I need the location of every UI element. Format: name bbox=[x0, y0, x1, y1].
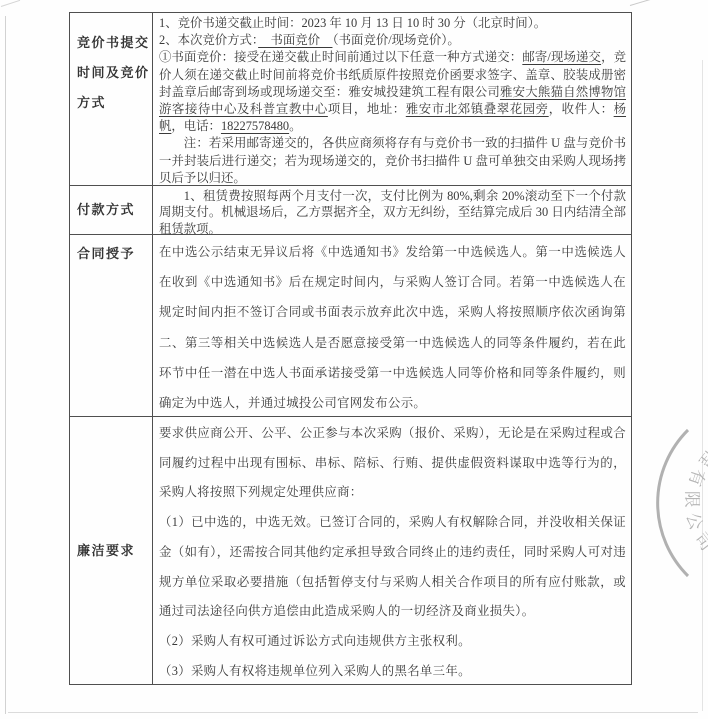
table-row: 付款方式1、租赁费按照每两个月支付一次，支付比例为 80%,剩余 20%滚动至下… bbox=[70, 185, 631, 234]
table-row: 合同授予在中选公示结束无异议后将《中选通知书》发给第一中选候选人。第一中选候选人… bbox=[70, 234, 631, 416]
text-segment: 项目，地址： bbox=[328, 102, 406, 116]
underlined-text: 18227578480 bbox=[221, 119, 289, 133]
underlined-text: 雅安市北郊镇叠翠花园旁 bbox=[406, 102, 549, 116]
scan-scratch-artifact bbox=[630, 0, 675, 6]
text-segment: 在中选公示结束无异议后将《中选通知书》发给第一中选候选人。第一中选候选人在收到《… bbox=[159, 245, 626, 410]
text-segment: ①书面竞价：接受在递交截止时间前通过以下任意一种方式递交： bbox=[159, 50, 522, 64]
text-segment: （2）采购人有权可通过诉讼方式向违规供方主张权利。 bbox=[159, 634, 471, 648]
text-segment: （1）已中选的，中选无效。已签订合同的，采购人有权解除合同，并没收相关保证金（如… bbox=[159, 515, 626, 618]
text-segment: 。 bbox=[289, 119, 301, 133]
text-segment: 要求供应商公开、公平、公正参与本次采购（报价、采购），无论是在采购过程或合同履约… bbox=[159, 426, 626, 499]
text-segment: （3）采购人有权将违规单位列入采购人的黑名单三年。 bbox=[159, 664, 471, 678]
seal-text: 程有限公司 bbox=[682, 446, 708, 560]
paragraph: 在中选公示结束无异议后将《中选通知书》发给第一中选候选人。第一中选候选人在收到《… bbox=[159, 237, 626, 416]
row-header-cell: 廉洁要求 bbox=[70, 417, 153, 684]
text-segment: 2、本次竞价方式： bbox=[159, 33, 258, 47]
row-header-text: 付款方式 bbox=[77, 196, 152, 224]
row-header-text: 廉洁要求 bbox=[77, 537, 152, 565]
scanned-document-page: 竞价书提交时间及竞价方式1、竞价书递交截止时间：2023 年 10 月 13 日… bbox=[0, 0, 708, 719]
row-header-cell: 付款方式 bbox=[70, 186, 153, 234]
row-header-text: 时间及竞价 bbox=[77, 58, 152, 88]
paragraph: （1）已中选的，中选无效。已签订合同的，采购人有权解除合同，并没收相关保证金（如… bbox=[159, 508, 626, 627]
scan-scratch-artifact bbox=[1, 0, 20, 7]
paragraph: ①书面竞价：接受在递交截止时间前通过以下任意一种方式递交：邮寄/现场递交，竞价人… bbox=[159, 49, 626, 135]
paragraph: （3）采购人有权将违规单位列入采购人的黑名单三年。 bbox=[159, 657, 626, 684]
page-edge-left bbox=[5, 16, 6, 714]
text-segment: ，电话： bbox=[171, 119, 221, 133]
paragraph: 1、租赁费按照每两个月支付一次，支付比例为 80%,剩余 20%滚动至下一个付款… bbox=[159, 188, 626, 234]
underlined-text: 邮寄/现场递交 bbox=[522, 50, 601, 64]
page-edge-bottom bbox=[8, 712, 698, 713]
text-segment: 1、租赁费按照每两个月支付一次，支付比例为 80%,剩余 20%滚动至下一个付款… bbox=[159, 189, 626, 234]
row-content-cell: 在中选公示结束无异议后将《中选通知书》发给第一中选候选人。第一中选候选人在收到《… bbox=[153, 235, 631, 416]
text-segment: 注：若采用邮寄递交的，各供应商须将存有与竞价书一致的扫描件 U 盘与竞价书一并封… bbox=[159, 136, 626, 184]
paragraph: 2、本次竞价方式： 书面竞价 （书面竞价/现场竞价）。 bbox=[159, 32, 626, 49]
row-header-text: 合同授予 bbox=[77, 240, 152, 268]
text-segment: 1、竞价书递交截止时间：2023 年 10 月 13 日 10 时 30 分（北… bbox=[159, 16, 546, 30]
row-content-cell: 1、租赁费按照每两个月支付一次，支付比例为 80%,剩余 20%滚动至下一个付款… bbox=[153, 186, 631, 234]
paragraph: 要求供应商公开、公平、公正参与本次采购（报价、采购），无论是在采购过程或合同履约… bbox=[159, 419, 626, 508]
row-header-text: 方式 bbox=[77, 88, 152, 118]
company-seal-stamp: 程有限公司 bbox=[630, 425, 708, 600]
row-content-cell: 要求供应商公开、公平、公正参与本次采购（报价、采购），无论是在采购过程或合同履约… bbox=[153, 417, 631, 684]
paragraph: 1、竞价书递交截止时间：2023 年 10 月 13 日 10 时 30 分（北… bbox=[159, 15, 626, 32]
paragraph: 注：若采用邮寄递交的，各供应商须将存有与竞价书一致的扫描件 U 盘与竞价书一并封… bbox=[159, 135, 626, 185]
page-edge-right bbox=[702, 60, 703, 711]
row-header-cell: 竞价书提交时间及竞价方式 bbox=[70, 13, 153, 185]
text-segment: ，收件人： bbox=[549, 102, 614, 116]
table-row: 竞价书提交时间及竞价方式1、竞价书递交截止时间：2023 年 10 月 13 日… bbox=[70, 13, 631, 185]
text-segment: （书面竞价/现场竞价）。 bbox=[332, 33, 459, 47]
contract-table: 竞价书提交时间及竞价方式1、竞价书递交截止时间：2023 年 10 月 13 日… bbox=[69, 12, 632, 685]
svg-text:程有限公司: 程有限公司 bbox=[682, 446, 708, 560]
row-content-cell: 1、竞价书递交截止时间：2023 年 10 月 13 日 10 时 30 分（北… bbox=[153, 13, 631, 185]
row-header-text: 竞价书提交 bbox=[77, 28, 152, 58]
paragraph: （2）采购人有权可通过诉讼方式向违规供方主张权利。 bbox=[159, 627, 626, 657]
underlined-text: 书面竞价 bbox=[258, 33, 332, 47]
row-header-cell: 合同授予 bbox=[70, 235, 153, 416]
table-row: 廉洁要求要求供应商公开、公平、公正参与本次采购（报价、采购），无论是在采购过程或… bbox=[70, 416, 631, 684]
